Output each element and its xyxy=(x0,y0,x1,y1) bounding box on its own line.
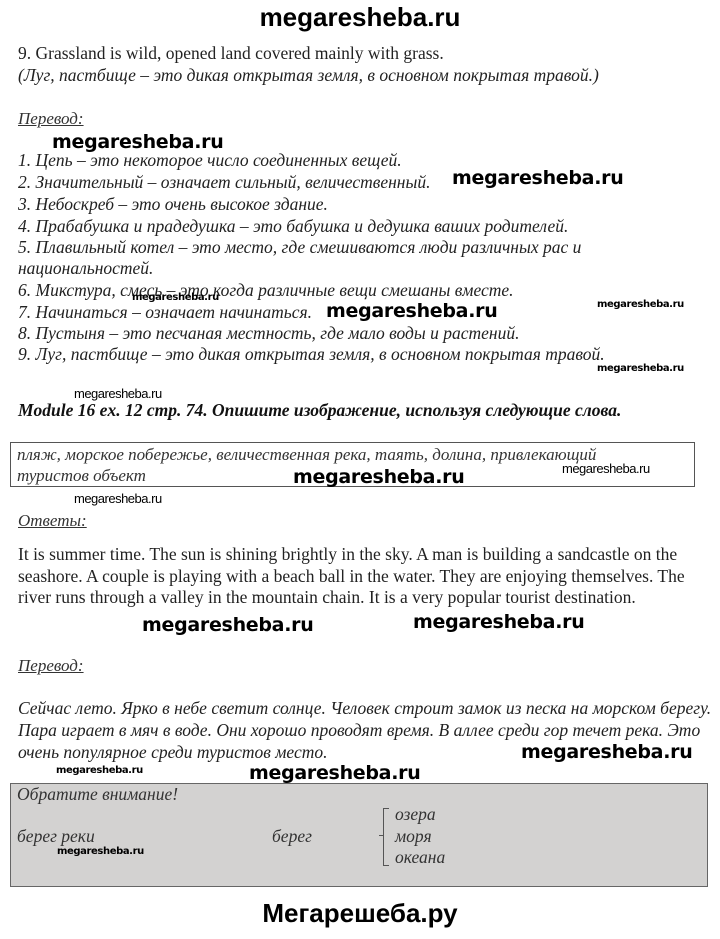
watermark: megaresheba.ru xyxy=(142,614,313,636)
watermark: megaresheba.ru xyxy=(521,741,692,763)
note-box: Обратите внимание! берег реки megaresheb… xyxy=(10,783,708,887)
note-left-phrase: берег реки xyxy=(17,826,95,847)
translation-item-5: 5. Плавильный котел – это место, где сме… xyxy=(18,237,581,258)
translation-item-4: 4. Прабабушка и прадедушка – это бабушка… xyxy=(18,216,568,237)
vocabulary-line-1: пляж, морское побережье, величественная … xyxy=(17,444,596,465)
answer-text: It is summer time. The sun is shining br… xyxy=(18,544,718,609)
translation-item-6: 6. Микстура, смесь – это когда различные… xyxy=(18,280,514,301)
note-title: Обратите внимание! xyxy=(17,784,178,805)
site-footer-title: Мегарешеба.ру xyxy=(0,898,720,929)
note-middle-word: берег xyxy=(272,826,312,847)
site-header-title: megaresheba.ru xyxy=(0,2,720,32)
item9-russian: (Луг, пастбище – это дикая открытая земл… xyxy=(18,65,599,86)
watermark: megaresheba.ru xyxy=(452,167,623,189)
watermark: megaresheba.ru xyxy=(562,461,650,476)
note-option-2: моря xyxy=(395,826,432,847)
watermark: megaresheba.ru xyxy=(597,299,684,310)
answer-translation-heading: Перевод: xyxy=(18,655,84,676)
translation-item-8: 8. Пустыня – это песчаная местность, где… xyxy=(18,323,520,344)
watermark: megaresheba.ru xyxy=(413,611,584,633)
watermark: megaresheba.ru xyxy=(326,300,497,322)
translation-item-1: 1. Цепь – это некоторое число соединенны… xyxy=(18,150,402,171)
watermark: megaresheba.ru xyxy=(293,466,464,488)
watermark: megaresheba.ru xyxy=(249,762,420,784)
answers-heading: Ответы: xyxy=(18,510,87,531)
translation-heading: Перевод: xyxy=(18,108,84,129)
translation-item-3: 3. Небоскреб – это очень высокое здание. xyxy=(18,194,328,215)
watermark: megaresheba.ru xyxy=(74,491,162,506)
watermark: megaresheba.ru xyxy=(57,846,144,857)
bracket-tick-icon xyxy=(379,835,383,836)
module-title: Module 16 ex. 12 стр. 74. Опишите изобра… xyxy=(18,400,621,421)
note-option-3: океана xyxy=(395,847,445,868)
translation-item-5-cont: национальностей. xyxy=(18,258,153,279)
item9-english: 9. Grassland is wild, opened land covere… xyxy=(18,43,444,64)
translation-item-7: 7. Начинаться – означает начинаться. xyxy=(18,302,312,323)
watermark: megaresheba.ru xyxy=(74,386,162,401)
translation-item-2: 2. Значительный – означает сильный, вели… xyxy=(18,172,430,193)
bracket-icon xyxy=(383,808,389,866)
note-option-1: озера xyxy=(395,804,436,825)
watermark: megaresheba.ru xyxy=(56,765,143,776)
watermark: megaresheba.ru xyxy=(597,363,684,374)
translation-item-9: 9. Луг, пастбище – это дикая открытая зе… xyxy=(18,344,605,365)
